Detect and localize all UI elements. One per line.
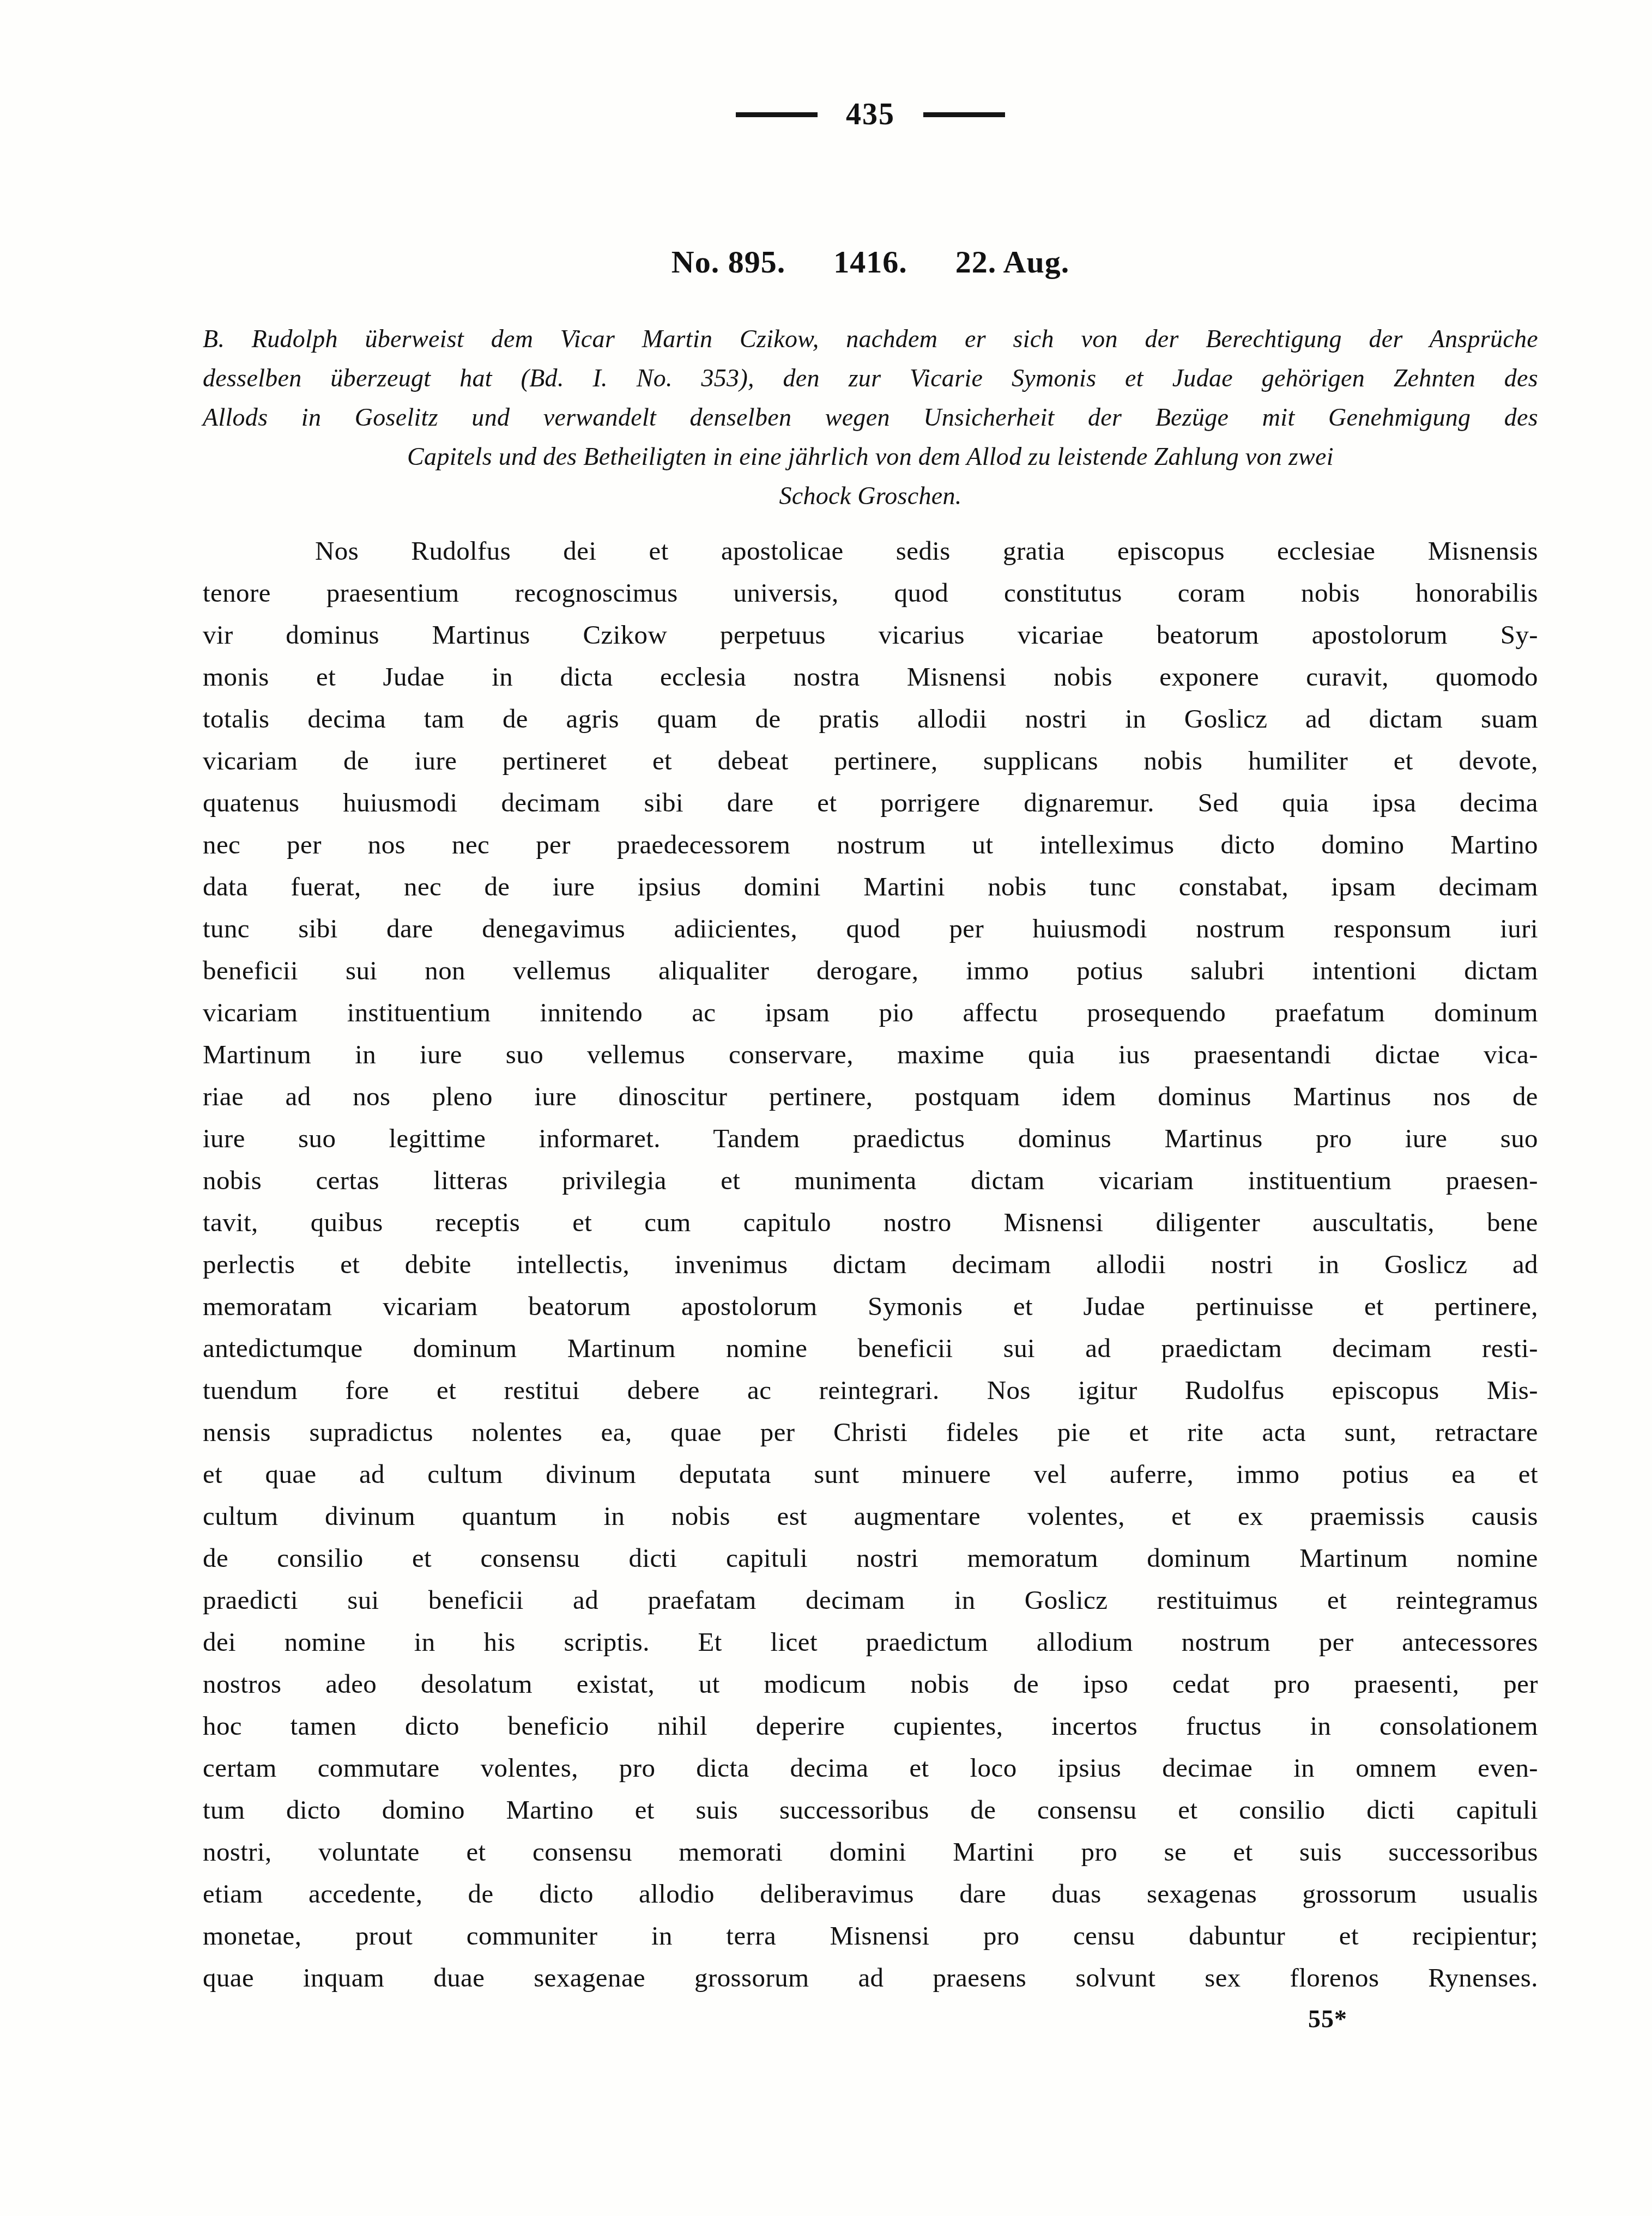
charter-text-line: riae ad nos pleno iure dinoscitur pertin… (203, 1075, 1538, 1117)
charter-text-line: totalis decima tam de agris quam de prat… (203, 698, 1538, 740)
running-head: 435 (203, 99, 1538, 130)
charter-text-line: iure suo legittime informaret. Tandem pr… (203, 1117, 1538, 1159)
header-rule-left (736, 112, 818, 117)
charter-date: 22. Aug. (955, 246, 1069, 278)
charter-text-line: nec per nos nec per praedecessorem nostr… (203, 824, 1538, 865)
charter-text-line: beneficii sui non vellemus aliqualiter d… (203, 949, 1538, 991)
charter-text-line: data fuerat, nec de iure ipsius domini M… (203, 865, 1538, 907)
scanned-book-page: { "colors": { "ink": "#121212", "paper":… (0, 0, 1652, 2216)
charter-text-line: etiam accedente, de dicto allodio delibe… (203, 1873, 1538, 1915)
charter-text-line: tum dicto domino Martino et suis success… (203, 1789, 1538, 1831)
page-content: 435 No. 895. 1416. 22. Aug. B. Rudolph ü… (203, 0, 1538, 2216)
header-rule-right (923, 112, 1005, 117)
regest-line: Schock Groschen. (203, 476, 1538, 516)
charter-text-line: Martinum in iure suo vellemus conservare… (203, 1033, 1538, 1075)
charter-text-line: de consilio et consensu dicti capituli n… (203, 1537, 1538, 1579)
charter-text-line: vir dominus Martinus Czikow perpetuus vi… (203, 614, 1538, 656)
charter-text-line: quatenus huiusmodi decimam sibi dare et … (203, 782, 1538, 824)
charter-text-line: monis et Judae in dicta ecclesia nostra … (203, 656, 1538, 698)
charter-text-line: nensis supradictus nolentes ea, quae per… (203, 1411, 1538, 1453)
charter-text-line: cultum divinum quantum in nobis est augm… (203, 1495, 1538, 1537)
charter-text-line: vicariam instituentium innitendo ac ipsa… (203, 991, 1538, 1033)
german-regest: B. Rudolph überweist dem Vicar Martin Cz… (203, 319, 1538, 516)
charter-heading: No. 895. 1416. 22. Aug. (203, 246, 1538, 278)
charter-text-line: quae inquam duae sexagenae grossorum ad … (203, 1957, 1538, 1999)
charter-text-line: tunc sibi dare denegavimus adiicientes, … (203, 907, 1538, 949)
charter-text-line: memoratam vicariam beatorum apostolorum … (203, 1285, 1538, 1327)
charter-text-line: antedictumque dominum Martinum nomine be… (203, 1327, 1538, 1369)
charter-text-line: perlectis et debite intellectis, invenim… (203, 1243, 1538, 1285)
charter-number: No. 895. (671, 246, 785, 278)
charter-text-line: nostri, voluntate et consensu memorati d… (203, 1831, 1538, 1873)
latin-charter-text: Nos Rudolfus dei et apostolicae sedis gr… (203, 530, 1538, 1999)
charter-text-line: nostros adeo desolatum existat, ut modic… (203, 1663, 1538, 1705)
charter-year: 1416. (833, 246, 907, 278)
charter-text-line: vicariam de iure pertineret et debeat pe… (203, 740, 1538, 782)
charter-text-line: et quae ad cultum divinum deputata sunt … (203, 1453, 1538, 1495)
printers-signature-mark: 55* (1308, 2005, 1347, 2033)
charter-text-line: certam commutare volentes, pro dicta dec… (203, 1747, 1538, 1789)
charter-text-line: tavit, quibus receptis et cum capitulo n… (203, 1201, 1538, 1243)
regest-line: desselben überzeugt hat (Bd. I. No. 353)… (203, 359, 1538, 398)
page-number: 435 (846, 99, 895, 130)
regest-line: Allods in Goselitz und verwandelt densel… (203, 398, 1538, 437)
charter-text-line: tuendum fore et restitui debere ac reint… (203, 1369, 1538, 1411)
regest-line: Capitels und des Betheiligten in eine jä… (203, 437, 1538, 476)
charter-text-line: praedicti sui beneficii ad praefatam dec… (203, 1579, 1538, 1621)
charter-text-line: monetae, prout communiter in terra Misne… (203, 1915, 1538, 1957)
charter-text-line: dei nomine in his scriptis. Et licet pra… (203, 1621, 1538, 1663)
charter-text-line: hoc tamen dicto beneficio nihil deperire… (203, 1705, 1538, 1747)
charter-text-line: nobis certas litteras privilegia et muni… (203, 1159, 1538, 1201)
charter-text-line: tenore praesentium recognoscimus univers… (203, 572, 1538, 614)
charter-text-line: Nos Rudolfus dei et apostolicae sedis gr… (203, 530, 1538, 572)
regest-line: B. Rudolph überweist dem Vicar Martin Cz… (203, 319, 1538, 359)
